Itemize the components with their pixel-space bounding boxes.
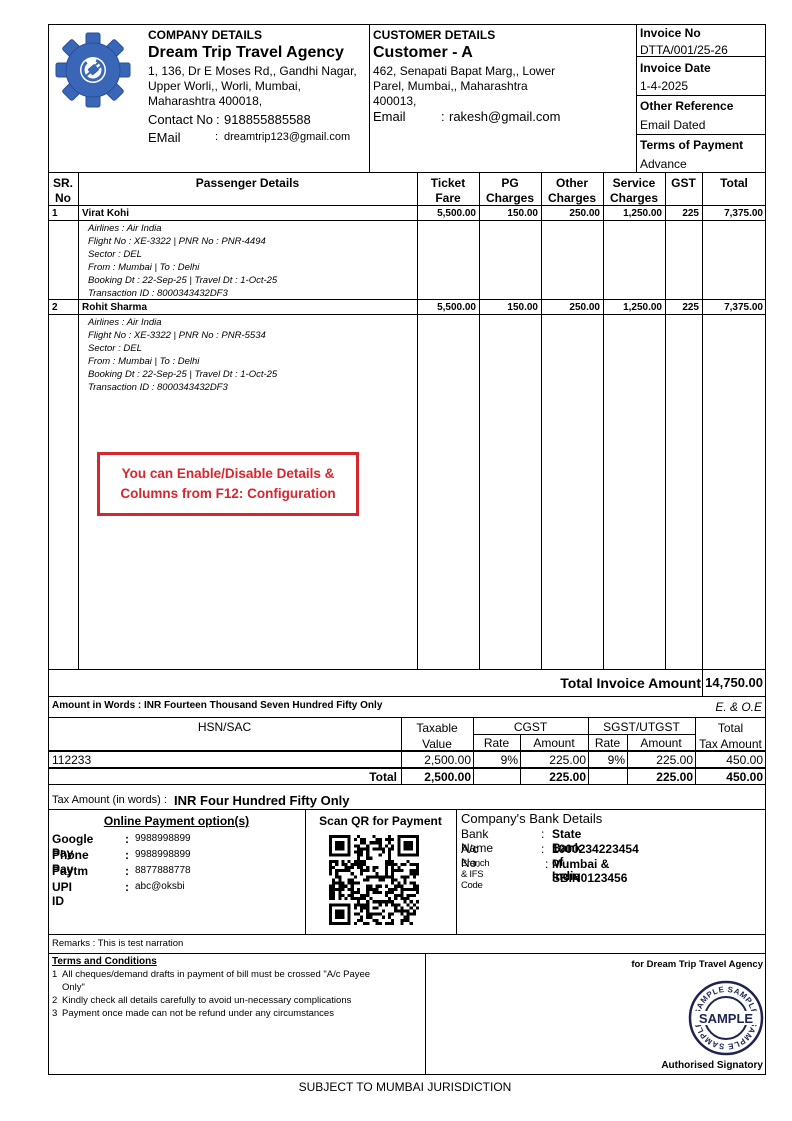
- other-charges: 250.00: [541, 208, 600, 219]
- jurisdiction-note: SUBJECT TO MUMBAI JURISDICTION: [0, 1080, 792, 1094]
- invoice-date-value: 1-4-2025: [640, 79, 688, 93]
- customer-address-line: 462, Senapati Bapat Marg,, Lower: [373, 64, 633, 79]
- amount-in-words: Amount in Words : INR Fourteen Thousand …: [52, 700, 382, 711]
- pg-charges: 150.00: [479, 302, 538, 313]
- hsn-code: 112233: [52, 753, 91, 767]
- contact-label: Contact No: [148, 112, 213, 127]
- sgst-rate: 9%: [588, 753, 625, 767]
- tax-header-total: TotalTax Amount: [695, 720, 766, 752]
- row-sr: 1: [52, 208, 58, 219]
- tax-header-taxable: TaxableValue: [401, 720, 473, 752]
- total-invoice-value: 14,750.00: [705, 675, 763, 690]
- tax-total-amount: 450.00: [695, 770, 763, 784]
- total-tax: 450.00: [695, 753, 763, 767]
- company-section-title: COMPANY DETAILS: [148, 28, 368, 42]
- col-header-total: Total: [702, 176, 766, 191]
- tax-header-sgst: SGST/UTGST: [588, 720, 695, 734]
- tax-total-taxable: 2,500.00: [401, 770, 471, 784]
- tax-header-hsn: HSN/SAC: [48, 720, 401, 734]
- remarks: Remarks : This is test narration: [52, 938, 183, 949]
- tax-total-sgst: 225.00: [627, 770, 693, 784]
- customer-address-line: 400013,: [373, 94, 633, 109]
- customer-name: Customer - A: [373, 44, 633, 62]
- qr-title: Scan QR for Payment: [305, 814, 456, 828]
- col-header-other-charges: OtherCharges: [541, 176, 603, 206]
- bank-details-title: Company's Bank Details: [461, 811, 602, 826]
- gst: 225: [665, 302, 699, 313]
- customer-section-title: CUSTOMER DETAILS: [373, 28, 633, 42]
- company-logo: [53, 30, 133, 110]
- tax-header-sgst-amount: Amount: [627, 736, 695, 750]
- col-header-gst: GST: [665, 176, 702, 191]
- email-label: EMail: [148, 130, 181, 145]
- service-charges: 1,250.00: [603, 208, 662, 219]
- cgst-amount: 225.00: [520, 753, 586, 767]
- cgst-rate: 9%: [473, 753, 518, 767]
- term-item: 2Kindly check all details carefully to a…: [52, 994, 422, 1007]
- row-sr: 2: [52, 302, 58, 313]
- row-total: 7,375.00: [702, 302, 763, 313]
- tax-header-cgst-amount: Amount: [520, 736, 588, 750]
- terms-title: Terms and Conditions: [52, 956, 157, 967]
- invoice-no-value: DTTA/001/25-26: [640, 43, 728, 57]
- other-reference-value: Email Dated: [640, 118, 705, 132]
- company-address-line: Maharashtra 400018,: [148, 94, 368, 109]
- passenger-name: Virat Kohi: [82, 208, 129, 219]
- term-item: 3Payment once made can not be refund und…: [52, 1007, 422, 1020]
- online-payment-title: Online Payment option(s): [48, 814, 305, 828]
- eoe-label: E. & O.E: [715, 700, 762, 714]
- svg-text:SAMPLE: SAMPLE: [699, 1011, 754, 1026]
- customer-email: rakesh@gmail.com: [449, 109, 560, 124]
- invoice-no-label: Invoice No: [640, 26, 701, 40]
- tax-total-label: Total: [48, 770, 397, 784]
- pg-charges: 150.00: [479, 208, 538, 219]
- company-contact: 918855885588: [224, 112, 311, 127]
- customer-address-line: Parel, Mumbai,, Maharashtra: [373, 79, 633, 94]
- service-charges: 1,250.00: [603, 302, 662, 313]
- company-details: COMPANY DETAILS Dream Trip Travel Agency…: [148, 28, 368, 146]
- company-email: dreamtrip123@gmail.com: [224, 131, 350, 143]
- term-item-continued: Only": [52, 981, 422, 994]
- ticket-fare: 5,500.00: [417, 302, 476, 313]
- row-total: 7,375.00: [702, 208, 763, 219]
- sample-stamp: SAMPLE SAMPLE SAMPLE SAMPLE SAMPLE: [688, 980, 764, 1056]
- company-name: Dream Trip Travel Agency: [148, 44, 368, 62]
- configuration-note: You can Enable/Disable Details & Columns…: [97, 452, 359, 516]
- tax-amount-words-label: Tax Amount (in words) :: [52, 794, 167, 806]
- company-address-line: Upper Worli,, Worli, Mumbai,: [148, 79, 368, 94]
- tax-total-cgst: 225.00: [520, 770, 586, 784]
- tax-amount-words: INR Four Hundred Fifty Only: [174, 793, 350, 808]
- qr-code-icon: [329, 835, 419, 925]
- passenger-name: Rohit Sharma: [82, 302, 147, 313]
- invoice-date-label: Invoice Date: [640, 61, 711, 75]
- for-company-label: for Dream Trip Travel Agency: [631, 959, 763, 970]
- gst: 225: [665, 208, 699, 219]
- company-address-line: 1, 136, Dr E Moses Rd,, Gandhi Nagar,: [148, 64, 368, 79]
- ticket-fare: 5,500.00: [417, 208, 476, 219]
- other-reference-label: Other Reference: [640, 99, 733, 113]
- col-header-sr: SR.No: [48, 176, 78, 206]
- term-item: 1All cheques/demand drafts in payment of…: [52, 968, 422, 981]
- terms-of-payment-label: Terms of Payment: [640, 138, 743, 152]
- tax-header-cgst: CGST: [473, 720, 588, 734]
- tax-header-sgst-rate: Rate: [588, 736, 627, 750]
- passenger-details: Airlines : Air India Flight No : XE-3322…: [88, 316, 277, 394]
- terms-list: 1All cheques/demand drafts in payment of…: [52, 968, 422, 1020]
- col-header-service-charges: ServiceCharges: [603, 176, 665, 206]
- sgst-amount: 225.00: [627, 753, 693, 767]
- taxable-value: 2,500.00: [401, 753, 471, 767]
- total-invoice-label: Total Invoice Amount: [560, 675, 701, 691]
- customer-details: CUSTOMER DETAILS Customer - A 462, Senap…: [373, 28, 633, 127]
- tax-header-cgst-rate: Rate: [473, 736, 520, 750]
- col-header-ticket-fare: TicketFare: [417, 176, 479, 206]
- terms-of-payment-value: Advance: [640, 157, 687, 171]
- passenger-details: Airlines : Air India Flight No : XE-3322…: [88, 222, 277, 300]
- customer-email-label: Email: [373, 109, 406, 124]
- other-charges: 250.00: [541, 302, 600, 313]
- gear-plug-icon: [53, 30, 133, 110]
- authorised-signatory: Authorised Signatory: [661, 1060, 763, 1071]
- col-header-pg-charges: PGCharges: [479, 176, 541, 206]
- col-header-passenger-details: Passenger Details: [78, 176, 417, 191]
